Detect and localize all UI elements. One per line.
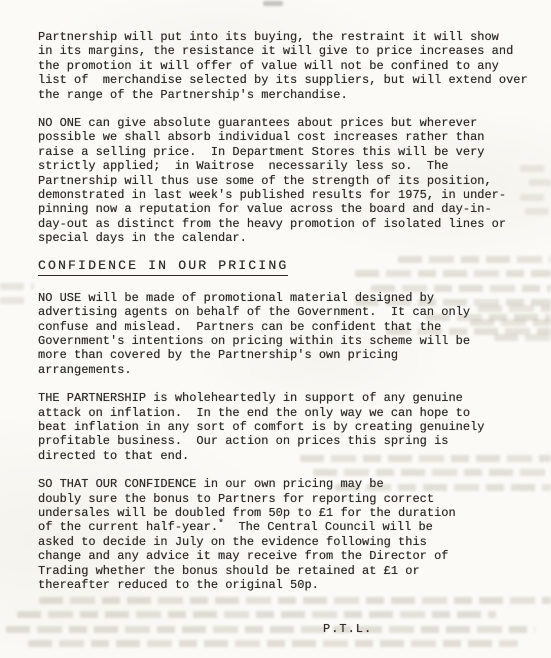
paragraph: NO USE will be made of promotional mater…	[38, 291, 543, 377]
text-line: day-out as distinct from the heavy promo…	[38, 217, 543, 231]
text-line: profitable business. Our action on price…	[38, 434, 543, 448]
signature-initials: P.T.L.	[323, 622, 543, 636]
text-line: THE PARTNERSHIP is wholeheartedly in sup…	[38, 391, 543, 405]
footnote-asterisk: *	[218, 519, 224, 530]
text-line: more than covered by the Partnership's o…	[38, 348, 543, 362]
text-line: asked to decide in July on the evidence …	[38, 535, 543, 549]
text-line: attack on inflation. In the end the only…	[38, 406, 543, 420]
text-line: confuse and mislead. Partners can be con…	[38, 320, 543, 334]
text-line: P.T.L.	[323, 622, 543, 636]
text-line: NO ONE can give absolute guarantees abou…	[38, 116, 543, 130]
text-line: doubly sure the bonus to Partners for re…	[38, 492, 543, 506]
text-line: special days in the calendar.	[38, 231, 543, 245]
text-line: list of merchandise selected by its supp…	[38, 73, 543, 87]
text-line: the promotion it will offer of value wil…	[38, 59, 543, 73]
scan-smudge	[263, 1, 283, 6]
text-line: Partnership will thus use some of the st…	[38, 174, 543, 188]
text-line: Government's intentions on pricing withi…	[38, 334, 543, 348]
paragraph: Partnership will put into its buying, th…	[38, 30, 543, 102]
scanned-document-page: Partnership will put into its buying, th…	[0, 0, 551, 658]
text-line: strictly applied; in Waitrose necessaril…	[38, 159, 543, 173]
text-line: the range of the Partnership's merchandi…	[38, 88, 543, 102]
paragraph: NO ONE can give absolute guarantees abou…	[38, 116, 543, 246]
text-line: demonstrated in last week's published re…	[38, 188, 543, 202]
text-line: possible we shall absorb individual cost…	[38, 130, 543, 144]
text-line: CONFIDENCE IN OUR PRICING	[38, 259, 288, 275]
text-line: of the current half-year.* The Central C…	[38, 520, 543, 534]
text-line: SO THAT OUR CONFIDENCE in our own pricin…	[38, 477, 543, 491]
text-line: NO USE will be made of promotional mater…	[38, 291, 543, 305]
text-line: advertising agents on behalf of the Gove…	[38, 305, 543, 319]
text-line: Trading whether the bonus should be reta…	[38, 564, 543, 578]
text-line: undersales will be doubled from 50p to £…	[38, 506, 543, 520]
text-line: raise a selling price. In Department Sto…	[38, 145, 543, 159]
paragraph: THE PARTNERSHIP is wholeheartedly in sup…	[38, 391, 543, 463]
text-line: arrangements.	[38, 363, 543, 377]
text-line: beat inflation in any sort of comfort is…	[38, 420, 543, 434]
text-line: thereafter reduced to the original 50p.	[38, 578, 543, 592]
text-line: pinning now a reputation for value acros…	[38, 202, 543, 216]
text-line: change and any advice it may receive fro…	[38, 549, 543, 563]
text-line: directed to that end.	[38, 449, 543, 463]
text-line: in its margins, the resistance it will g…	[38, 44, 543, 58]
text-line: Partnership will put into its buying, th…	[38, 30, 543, 44]
section-heading: CONFIDENCE IN OUR PRICING	[38, 259, 543, 275]
document-body: Partnership will put into its buying, th…	[38, 30, 543, 637]
paragraph: SO THAT OUR CONFIDENCE in our own pricin…	[38, 477, 543, 592]
bleed-through-text	[0, 283, 34, 323]
